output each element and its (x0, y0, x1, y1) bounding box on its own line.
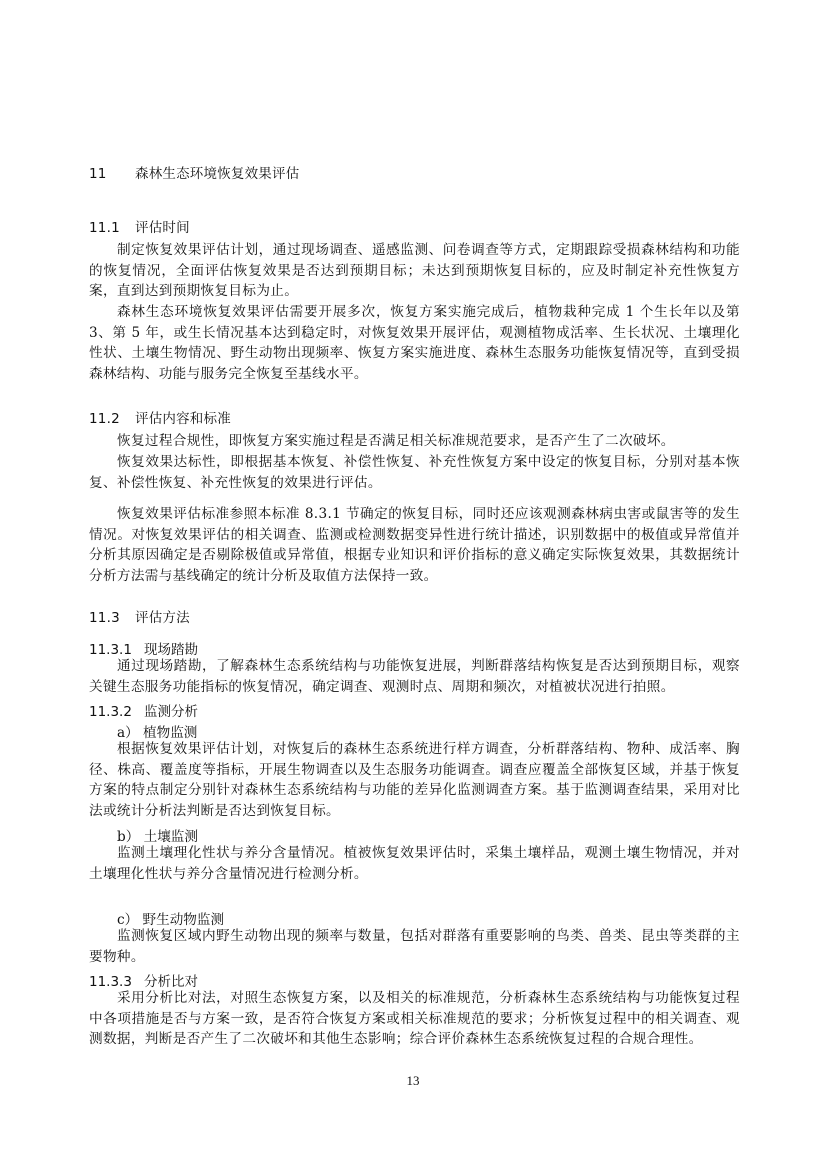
subsection-heading-11-3: 11.3评估方法 (89, 606, 190, 626)
page-number: 13 (0, 1073, 826, 1089)
list-item-label: a） 植物监测 (117, 721, 197, 741)
subsection-number: 11.2 (89, 411, 135, 427)
list-item-label: c） 野生动物监测 (117, 908, 224, 928)
clause-heading-11-3-1: 11.3.1现场踏勘 (89, 638, 198, 658)
subsection-title: 评估内容和标准 (135, 407, 231, 427)
subsection-heading-11-1: 11.1评估时间 (89, 216, 190, 236)
paragraph: 制定恢复效果评估计划，通过现场调查、遥感监测、问卷调查等方式，定期跟踪受损森林结… (89, 240, 740, 302)
subsection-title: 评估时间 (135, 216, 190, 236)
paragraph: 监测恢复区域内野生动物出现的频率与数量，包括对群落有重要影响的鸟类、兽类、昆虫等… (89, 926, 740, 967)
section-heading-11: 11森林生态环境恢复效果评估 (89, 162, 299, 182)
subsection-number: 11.1 (89, 220, 135, 236)
paragraph: 采用分析比对法，对照生态恢复方案，以及相关的标准规范，分析森林生态系统结构与功能… (89, 988, 740, 1050)
paragraph: 森林生态环境恢复效果评估需要开展多次，恢复方案实施完成后，植物栽种完成 1 个生… (89, 302, 740, 384)
paragraph: 恢复效果达标性，即根据基本恢复、补偿性恢复、补充性恢复方案中设定的恢复目标，分别… (89, 452, 740, 493)
section-number: 11 (89, 166, 135, 182)
paragraph: 通过现场踏勘，了解森林生态系统结构与功能恢复进展，判断群落结构恢复是否达到预期目… (89, 656, 740, 697)
paragraph: 监测土壤理化性状与养分含量情况。植被恢复效果评估时，采集土壤样品，观测土壤生物情… (89, 843, 740, 884)
paragraph: 恢复过程合规性，即恢复方案实施过程是否满足相关标准规范要求，是否产生了二次破坏。 (89, 431, 740, 452)
clause-heading-11-3-3: 11.3.3分析比对 (89, 970, 198, 990)
paragraph: 根据恢复效果评估计划，对恢复后的森林生态系统进行样方调查，分析群落结构、物种、成… (89, 739, 740, 821)
section-title: 森林生态环境恢复效果评估 (135, 162, 299, 182)
clause-number: 11.3.2 (89, 704, 144, 720)
subsection-heading-11-2: 11.2评估内容和标准 (89, 407, 231, 427)
paragraph: 恢复效果评估标准参照本标准 8.3.1 节确定的恢复目标，同时还应该观测森林病虫… (89, 504, 740, 586)
document-page: 11森林生态环境恢复效果评估 11.1评估时间 制定恢复效果评估计划，通过现场调… (0, 0, 826, 1169)
subsection-number: 11.3 (89, 610, 135, 626)
list-item-label: b） 土壤监测 (117, 825, 198, 845)
clause-title: 监测分析 (144, 704, 198, 720)
clause-heading-11-3-2: 11.3.2监测分析 (89, 700, 198, 720)
subsection-title: 评估方法 (135, 606, 190, 626)
